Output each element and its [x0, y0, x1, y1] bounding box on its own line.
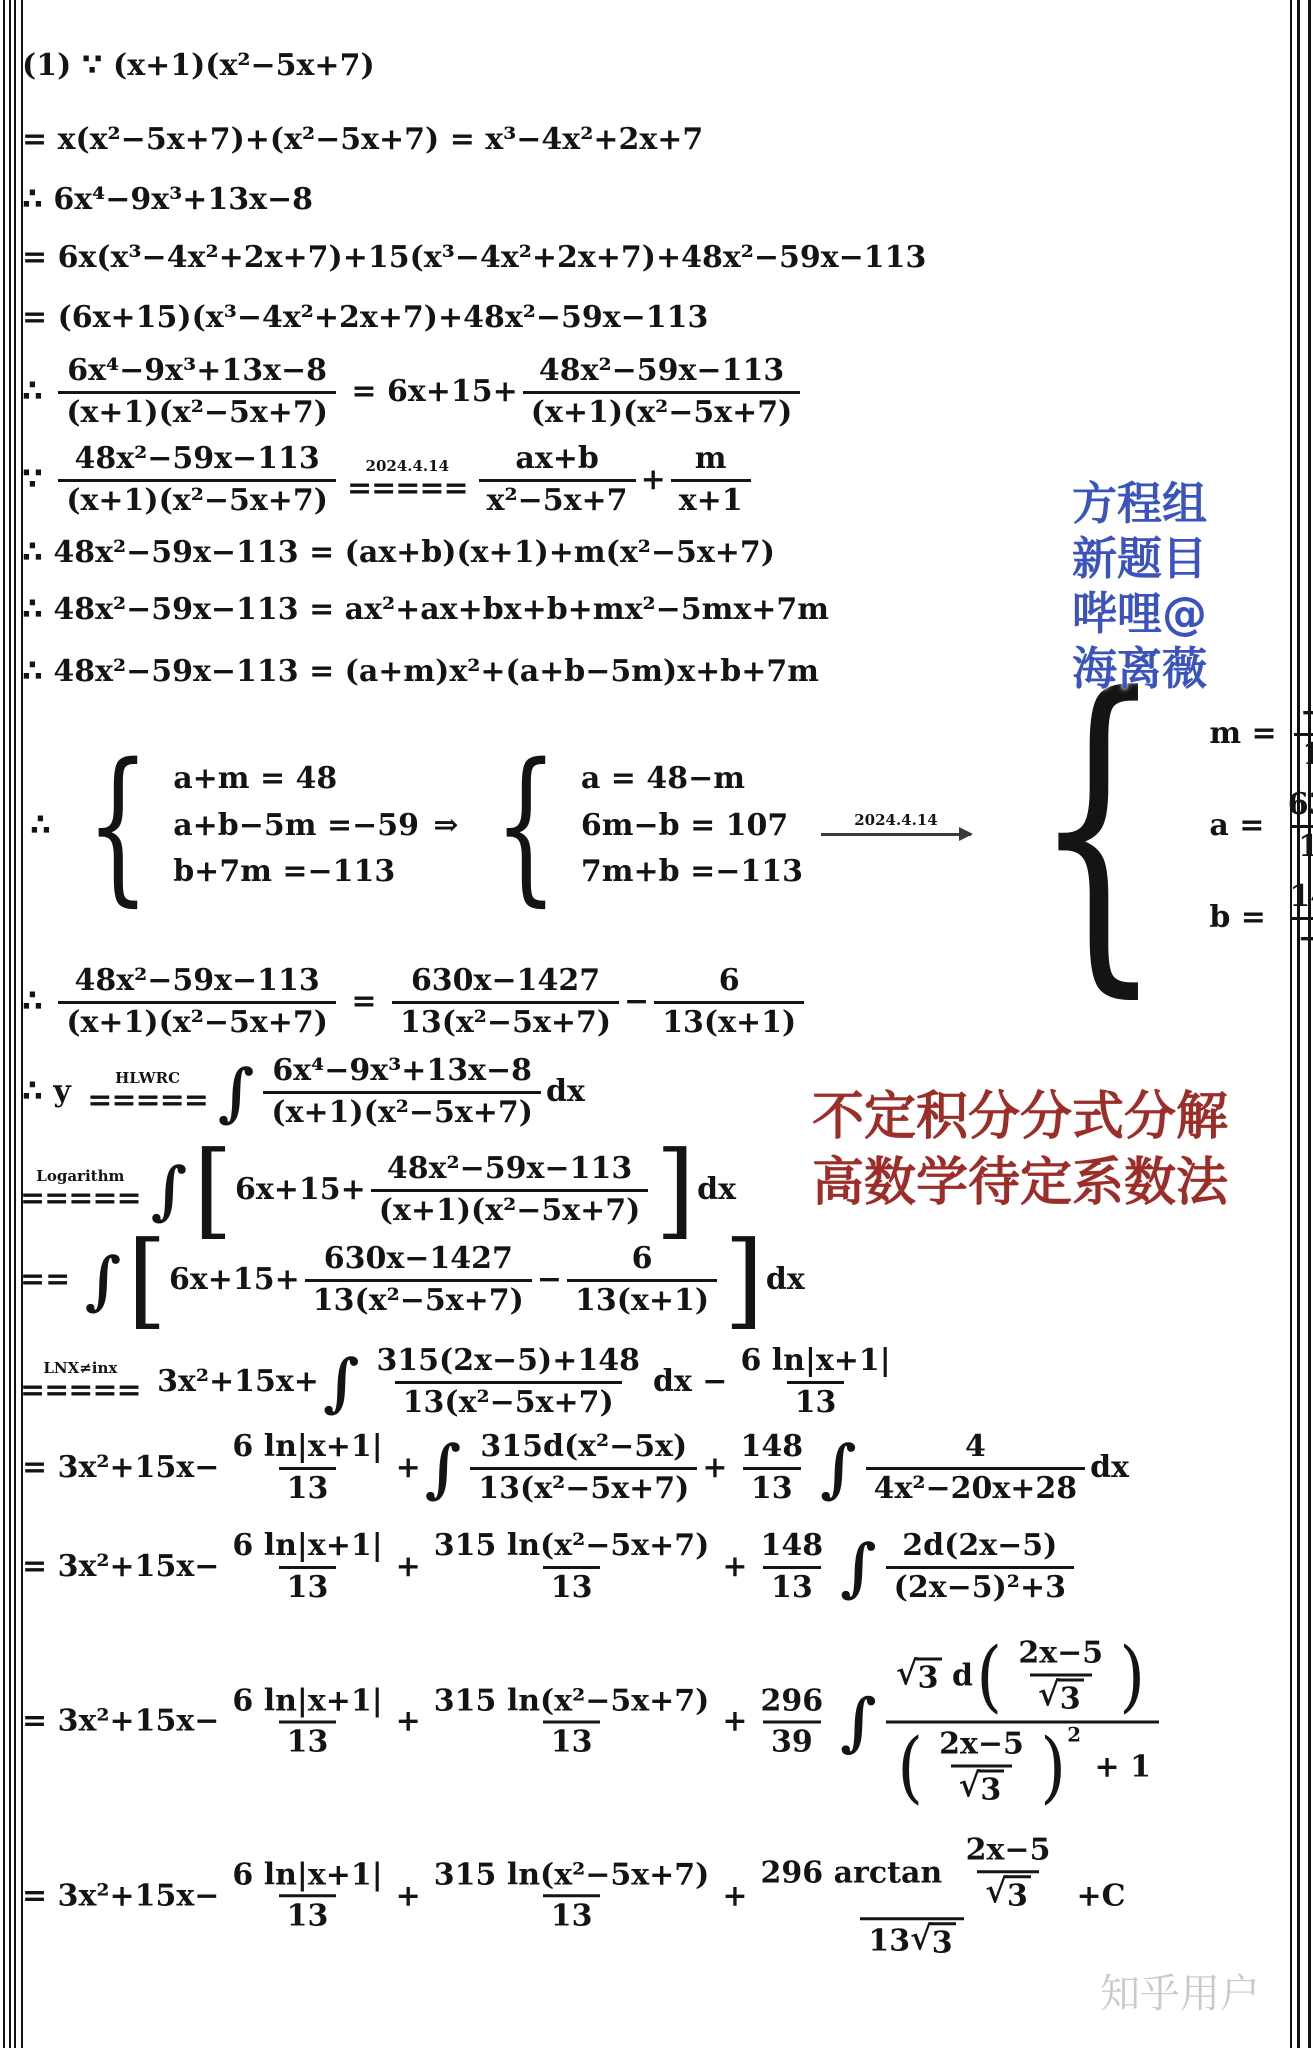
fraction: 2x−5√3	[1010, 1635, 1111, 1719]
fraction-denominator: (x+1)(x²−5x+7)	[371, 1189, 649, 1231]
fraction-denominator: √3	[977, 1870, 1039, 1916]
radical-icon: √	[985, 1875, 1007, 1906]
fraction-numerator: 48x²−59x−113	[531, 352, 792, 391]
fraction: 2x−5√3	[931, 1726, 1032, 1810]
math-text: = 3x²+15x−	[22, 1879, 219, 1914]
system-row: m = −613	[1209, 694, 1313, 774]
fraction: 613(x+1)	[654, 962, 804, 1042]
fraction-numerator: 6 ln|x+1|	[224, 1856, 390, 1895]
math-line-step-17: = 3x²+15x−6 ln|x+1|13+∫315d(x²−5x)13(x²−…	[22, 1428, 1129, 1508]
fraction: 315(2x−5)+14813(x²−5x+7)	[368, 1342, 648, 1422]
fraction-denominator: 13	[1294, 733, 1313, 775]
math-text: dx −	[653, 1365, 727, 1400]
integral-sign: ∫	[840, 1550, 876, 1585]
fraction-denominator: 13(x+1)	[567, 1279, 717, 1321]
fraction: 315 ln(x²−5x+7)13	[426, 1527, 718, 1607]
math-line-step-2: = x(x²−5x+7)+(x²−5x+7) = x³−4x²+2x+7	[22, 123, 703, 158]
math-line-step-14: Logarithm=====∫[6x+15+48x²−59x−113(x+1)(…	[14, 1150, 736, 1230]
fraction-denominator: 13	[787, 1381, 845, 1423]
equals-bar: =====	[20, 1185, 141, 1212]
fraction-numerator: 6 ln|x+1|	[224, 1682, 390, 1721]
system-row: b+7m =−113	[173, 855, 395, 890]
big-bracket: [	[193, 1164, 233, 1216]
fraction-numerator: 296	[753, 1682, 832, 1721]
blue-annotation-line: 哔哩@	[1072, 586, 1207, 641]
fraction-numerator: 6	[624, 1240, 661, 1279]
math-text: +	[722, 1879, 747, 1914]
page-border-line	[9, 0, 11, 2048]
integral-sign: ∫	[151, 1173, 187, 1208]
math-text: +	[396, 1550, 421, 1585]
fraction: 6 ln|x+1|13	[224, 1856, 390, 1936]
fraction: 2x−5√3	[958, 1831, 1059, 1915]
labeled-equals: LNX≠inx=====	[20, 1360, 141, 1405]
fraction: 6 ln|x+1|13	[224, 1428, 390, 1508]
integral-sign: ∫	[85, 1263, 121, 1298]
fraction-numerator: 148	[753, 1527, 832, 1566]
fraction-numerator: 48x²−59x−113	[66, 440, 327, 479]
big-bracket: ]	[724, 1254, 764, 1306]
fraction-numerator: 630x−1427	[403, 962, 608, 1001]
fraction-numerator: 6 ln|x+1|	[224, 1428, 390, 1467]
math-text: (1) ∵ (x+1)(x²−5x+7)	[22, 49, 375, 84]
fraction: 315 ln(x²−5x+7)13	[426, 1682, 718, 1762]
equation-system: {a+m = 48a+b−5m =−59b+7m =−113	[65, 762, 419, 890]
integral-sign: ∫	[820, 1451, 856, 1486]
math-text: −	[537, 1263, 562, 1298]
math-text: ∴ 6x⁴−9x³+13x−8	[22, 183, 313, 218]
integral-sign: ∫	[323, 1365, 359, 1400]
math-text: = 6x+15+	[341, 375, 518, 410]
math-text: a+m = 48	[173, 762, 337, 797]
math-text: ∵	[22, 463, 53, 498]
fraction: 14813	[732, 1428, 811, 1508]
fraction-denominator: 13(x²−5x+7)	[305, 1279, 532, 1321]
math-text: +	[396, 1705, 421, 1740]
fraction-numerator: 6 ln|x+1|	[224, 1527, 390, 1566]
fraction: 315 ln(x²−5x+7)13	[426, 1856, 718, 1936]
system-row: a+b−5m =−59	[173, 809, 419, 844]
system-row: a = 63013	[1209, 786, 1313, 866]
math-line-step-19: = 3x²+15x−6 ln|x+1|13+315 ln(x²−5x+7)13+…	[22, 1633, 1164, 1812]
page-border-line	[3, 0, 5, 2048]
page-border-line	[14, 0, 16, 2048]
fraction-numerator: 315 ln(x²−5x+7)	[426, 1527, 718, 1566]
fraction-numerator: 315 ln(x²−5x+7)	[426, 1856, 718, 1895]
fraction-numerator: 2x−5	[931, 1726, 1032, 1765]
fraction: −613	[1292, 694, 1313, 774]
fraction-denominator: (x+1)(x²−5x+7)	[58, 1001, 336, 1043]
math-text: ∴ 48x²−59x−113 = (ax+b)(x+1)+m(x²−5x+7)	[22, 536, 775, 571]
fraction: 48x²−59x−113(x+1)(x²−5x+7)	[58, 440, 336, 520]
arrow-shaft-icon	[821, 833, 971, 836]
fraction: 6 ln|x+1|13	[732, 1342, 898, 1422]
fraction-denominator: 13	[279, 1566, 337, 1608]
big-paren: )	[1119, 1655, 1145, 1698]
fraction: 48x²−59x−113(x+1)(x²−5x+7)	[523, 352, 801, 432]
fraction: 29639	[753, 1682, 832, 1762]
math-text: = 3x²+15x−	[22, 1451, 219, 1486]
math-text: 6x+15+	[235, 1173, 366, 1208]
math-text: b+7m =−113	[173, 855, 395, 890]
system-row: a = 48−m	[581, 762, 745, 797]
fraction-numerator: −6	[1292, 694, 1313, 733]
math-text: a =	[1209, 809, 1274, 844]
math-line-step-9: ∴ 48x²−59x−113 = ax²+ax+bx+b+mx²−5mx+7m	[22, 593, 829, 628]
page-border-line	[1308, 0, 1311, 2048]
fraction-denominator: 13	[543, 1895, 601, 1937]
fraction-numerator: 630x−1427	[316, 1240, 521, 1279]
equation-system: {a = 48−m6m−b = 1077m+b =−113	[473, 762, 803, 890]
fraction-numerator: m	[687, 440, 735, 479]
math-line-step-11: ∴ {a+m = 48a+b−5m =−59b+7m =−113 ⇒ {a = …	[30, 694, 1313, 958]
fraction-denominator: 13	[543, 1566, 601, 1608]
fraction: 44x²−20x+28	[866, 1428, 1086, 1508]
fraction-numerator: 6x⁴−9x³+13x−8	[59, 352, 335, 391]
system-rows: a+m = 48a+b−5m =−59b+7m =−113	[173, 762, 419, 890]
red-annotation: 不定积分分式分解高数学待定系数法	[812, 1084, 1228, 1216]
big-paren: (	[976, 1655, 1002, 1698]
math-line-step-13: ∴ y HLWRC=====∫6x⁴−9x³+13x−8(x+1)(x²−5x+…	[22, 1052, 585, 1132]
system-row: 6m−b = 107	[581, 809, 788, 844]
fraction-numerator: 296 arctan 2x−5√3	[753, 1829, 1072, 1917]
fraction: mx+1	[671, 440, 751, 520]
math-text: 6x+15+	[169, 1263, 300, 1298]
fraction-numerator: 4	[957, 1428, 994, 1467]
math-text: dx	[1090, 1451, 1129, 1486]
math-text: 6m−b = 107	[581, 809, 788, 844]
fraction-denominator: x²−5x+7	[479, 479, 636, 521]
arrow-label: 2024.4.14	[854, 812, 938, 829]
math-text: d	[942, 1659, 973, 1694]
math-line-step-4: = 6x(x³−4x²+2x+7)+15(x³−4x²+2x+7)+48x²−5…	[22, 241, 926, 276]
fraction: 630x−142713(x²−5x+7)	[305, 1240, 532, 1320]
fraction: 48x²−59x−113(x+1)(x²−5x+7)	[58, 962, 336, 1042]
math-text: 3x²+15x+	[147, 1365, 319, 1400]
labeled-equals: 2024.4.14=====	[347, 458, 468, 503]
math-text: = 3x²+15x−	[22, 1705, 219, 1740]
radical-icon: √	[959, 1769, 981, 1800]
radicand: 3	[978, 1769, 1004, 1808]
fraction-denominator: 13	[763, 1566, 821, 1608]
math-text: +	[722, 1550, 747, 1585]
fraction: ax+bx²−5x+7	[479, 440, 636, 520]
math-text: ∴	[22, 985, 53, 1020]
labeled-equals: Logarithm=====	[20, 1168, 141, 1213]
math-text: = 6x(x³−4x²+2x+7)+15(x³−4x²+2x+7)+48x²−5…	[22, 241, 926, 276]
sqrt: √3	[985, 1875, 1031, 1914]
math-text: +	[722, 1705, 747, 1740]
fraction-denominator: 13	[279, 1895, 337, 1937]
fraction-numerator: 315(2x−5)+148	[368, 1342, 648, 1381]
sqrt: √3	[959, 1769, 1005, 1808]
math-line-step-18: = 3x²+15x−6 ln|x+1|13+315 ln(x²−5x+7)13+…	[22, 1527, 1079, 1607]
math-text: ∴ y	[22, 1075, 81, 1110]
fraction: 630x−142713(x²−5x+7)	[392, 962, 619, 1042]
math-text: −	[624, 985, 649, 1020]
fraction-numerator: 630	[1280, 786, 1313, 825]
math-text: ⇒	[423, 809, 469, 844]
big-paren: (	[897, 1746, 923, 1789]
radicand: 3	[1058, 1678, 1084, 1717]
fraction-numerator: 1427	[1281, 878, 1313, 917]
radicand: 3	[930, 1922, 956, 1961]
fraction-numerator: √3 d(2x−5√3)	[888, 1633, 1157, 1721]
fraction: 315d(x²−5x)13(x²−5x+7)	[470, 1428, 697, 1508]
fraction-denominator: (2x−5)²+3	[886, 1566, 1074, 1608]
math-text: = x(x²−5x+7)+(x²−5x+7) = x³−4x²+2x+7	[22, 123, 703, 158]
big-bracket: ]	[655, 1164, 695, 1216]
fraction-denominator: 13	[279, 1467, 337, 1509]
radicand: 3	[1005, 1875, 1031, 1914]
equals-bar: =====	[87, 1087, 208, 1114]
fraction: 6 ln|x+1|13	[224, 1682, 390, 1762]
math-text: 13	[868, 1924, 910, 1959]
math-text: +	[396, 1879, 421, 1914]
math-text: +	[396, 1451, 421, 1486]
math-text: = (6x+15)(x³−4x²+2x+7)+48x²−59x−113	[22, 301, 708, 336]
fraction: 2d(2x−5)(2x−5)²+3	[886, 1527, 1074, 1607]
fraction-denominator: 13√3	[860, 1917, 963, 1963]
math-text: ∴ 48x²−59x−113 = ax²+ax+bx+b+mx²−5mx+7m	[22, 593, 829, 628]
system-rows: m = −613a = 63013b = 1427−13	[1209, 694, 1313, 958]
math-text: dx	[766, 1263, 805, 1298]
page-border-line	[1290, 0, 1292, 2048]
fraction-denominator: (x+1)(x²−5x+7)	[523, 391, 801, 433]
page-border-line	[1297, 0, 1300, 2048]
fraction-denominator: 13	[543, 1721, 601, 1763]
fraction: 6x⁴−9x³+13x−8(x+1)(x²−5x+7)	[263, 1052, 541, 1132]
math-line-step-15: == ∫[6x+15+630x−142713(x²−5x+7)−613(x+1)…	[20, 1240, 805, 1320]
fraction-denominator: (x+1)(x²−5x+7)	[263, 1091, 541, 1133]
fraction: 6 ln|x+1|13	[224, 1527, 390, 1607]
radical-icon: √	[910, 1922, 932, 1953]
fraction-numerator: 2x−5	[1010, 1635, 1111, 1674]
math-line-step-10: ∴ 48x²−59x−113 = (a+m)x²+(a+b−5m)x+b+7m	[22, 655, 819, 690]
integral-sign: ∫	[218, 1075, 254, 1110]
math-line-step-8: ∴ 48x²−59x−113 = (ax+b)(x+1)+m(x²−5x+7)	[22, 536, 775, 571]
fraction-denominator: (x+1)(x²−5x+7)	[58, 391, 336, 433]
math-text: dx	[697, 1173, 736, 1208]
fraction-numerator: 48x²−59x−113	[379, 1150, 640, 1189]
math-line-step-3: ∴ 6x⁴−9x³+13x−8	[22, 183, 313, 218]
math-text: 7m+b =−113	[581, 855, 803, 890]
fraction: 63013	[1280, 786, 1313, 866]
fraction-denominator: 13	[1290, 825, 1313, 867]
fraction: 613(x+1)	[567, 1240, 717, 1320]
fraction: 6x⁴−9x³+13x−8(x+1)(x²−5x+7)	[58, 352, 336, 432]
fraction-denominator: 13(x²−5x+7)	[395, 1381, 622, 1423]
fraction-denominator: (x+1)(x²−5x+7)	[58, 479, 336, 521]
red-annotation-line: 高数学待定系数法	[812, 1150, 1228, 1216]
fraction-denominator: −13	[1290, 917, 1313, 959]
fraction-denominator: √3	[951, 1764, 1013, 1810]
math-text: + 1	[1084, 1750, 1151, 1785]
math-text: a+b−5m =−59	[173, 809, 419, 844]
integral-sign: ∫	[425, 1451, 461, 1486]
equals-bar: =====	[347, 475, 468, 502]
math-line-step-5: = (6x+15)(x³−4x²+2x+7)+48x²−59x−113	[22, 301, 708, 336]
fraction: 1427−13	[1281, 878, 1313, 958]
fraction-denominator: 13(x+1)	[654, 1001, 804, 1043]
math-text: b =	[1209, 901, 1276, 936]
math-text: dx	[546, 1075, 585, 1110]
blue-annotation: 方程组新题目哔哩@海离薇	[1072, 476, 1207, 696]
radicand: 3	[916, 1657, 942, 1696]
system-row: b = 1427−13	[1209, 878, 1313, 958]
fraction-denominator: 13(x²−5x+7)	[470, 1467, 697, 1509]
brace-icon: {	[87, 776, 151, 876]
fraction: √3 d(2x−5√3)(2x−5√3)2 + 1	[886, 1633, 1159, 1812]
fraction: 14813	[753, 1527, 832, 1607]
math-text: = 3x²+15x−	[22, 1550, 219, 1585]
math-text: =	[341, 985, 387, 1020]
sqrt: √3	[910, 1922, 956, 1961]
fraction-numerator: 315d(x²−5x)	[472, 1428, 695, 1467]
fraction-numerator: 148	[732, 1428, 811, 1467]
math-text: ∴ 48x²−59x−113 = (a+m)x²+(a+b−5m)x+b+7m	[22, 655, 819, 690]
math-line-step-16: LNX≠inx===== 3x²+15x+∫315(2x−5)+14813(x²…	[14, 1342, 904, 1422]
math-line-step-7: ∵ 48x²−59x−113(x+1)(x²−5x+7)2024.4.14===…	[22, 440, 756, 520]
equals-bar: =====	[20, 1377, 141, 1404]
math-line-step-12: ∴ 48x²−59x−113(x+1)(x²−5x+7) = 630x−1427…	[22, 962, 809, 1042]
watermark: 知乎用户	[1100, 1962, 1260, 2019]
system-rows: a = 48−m6m−b = 1077m+b =−113	[581, 762, 803, 890]
superscript: 2	[1067, 1726, 1081, 1746]
math-text: +	[702, 1451, 727, 1486]
radical-icon: √	[896, 1657, 918, 1688]
sqrt: √3	[896, 1657, 942, 1696]
blue-annotation-line: 方程组	[1072, 476, 1207, 531]
fraction-denominator: 13	[279, 1721, 337, 1763]
math-text: ∴	[30, 809, 61, 844]
equation-system: {m = −613a = 63013b = 1427−13	[989, 694, 1313, 958]
big-bracket: [	[127, 1254, 167, 1306]
blue-annotation-line: 海离薇	[1072, 641, 1207, 696]
math-text: ==	[20, 1263, 81, 1298]
system-row: 7m+b =−113	[581, 855, 803, 890]
fraction-numerator: 2d(2x−5)	[894, 1527, 1065, 1566]
fraction-numerator: 2x−5	[958, 1831, 1059, 1870]
brace-icon: {	[1033, 723, 1164, 929]
red-annotation-line: 不定积分分式分解	[812, 1084, 1228, 1150]
fraction-numerator: ax+b	[507, 440, 606, 479]
math-text: +	[641, 463, 666, 498]
fraction: 48x²−59x−113(x+1)(x²−5x+7)	[371, 1150, 649, 1230]
sqrt: √3	[1038, 1678, 1084, 1717]
fraction-denominator: x+1	[671, 479, 751, 521]
math-text: m =	[1209, 717, 1287, 752]
brace-icon: {	[494, 776, 558, 876]
fraction-numerator: 6x⁴−9x³+13x−8	[264, 1052, 540, 1091]
math-line-step-20: = 3x²+15x−6 ln|x+1|13+315 ln(x²−5x+7)13+…	[22, 1829, 1125, 1963]
radical-icon: √	[1038, 1678, 1060, 1709]
integral-sign: ∫	[840, 1705, 876, 1740]
fraction: 296 arctan 2x−5√313√3	[753, 1829, 1072, 1963]
scanned-math-page: (1) ∵ (x+1)(x²−5x+7)= x(x²−5x+7)+(x²−5x+…	[0, 0, 1313, 2048]
fraction-denominator: 13(x²−5x+7)	[392, 1001, 619, 1043]
labeled-arrow: 2024.4.14	[821, 812, 971, 841]
math-line-step-6: ∴ 6x⁴−9x³+13x−8(x+1)(x²−5x+7) = 6x+15+48…	[22, 352, 805, 432]
math-text: +C	[1076, 1879, 1125, 1914]
fraction-numerator: 48x²−59x−113	[66, 962, 327, 1001]
fraction-numerator: 6 ln|x+1|	[732, 1342, 898, 1381]
math-text: a = 48−m	[581, 762, 745, 797]
fraction-denominator: 13	[743, 1467, 801, 1509]
math-text: 296 arctan	[761, 1856, 953, 1891]
fraction-numerator: 315 ln(x²−5x+7)	[426, 1682, 718, 1721]
math-text: ∴	[22, 375, 53, 410]
fraction-denominator: √3	[1030, 1673, 1092, 1719]
labeled-equals: HLWRC=====	[87, 1070, 208, 1115]
fraction-numerator: 6	[711, 962, 748, 1001]
blue-annotation-line: 新题目	[1072, 531, 1207, 586]
big-paren: )	[1040, 1746, 1066, 1789]
fraction-denominator: (2x−5√3)2 + 1	[886, 1721, 1159, 1812]
math-line-step-1: (1) ∵ (x+1)(x²−5x+7)	[22, 49, 375, 84]
fraction-denominator: 4x²−20x+28	[866, 1467, 1086, 1509]
system-row: a+m = 48	[173, 762, 337, 797]
fraction-denominator: 39	[763, 1721, 821, 1763]
